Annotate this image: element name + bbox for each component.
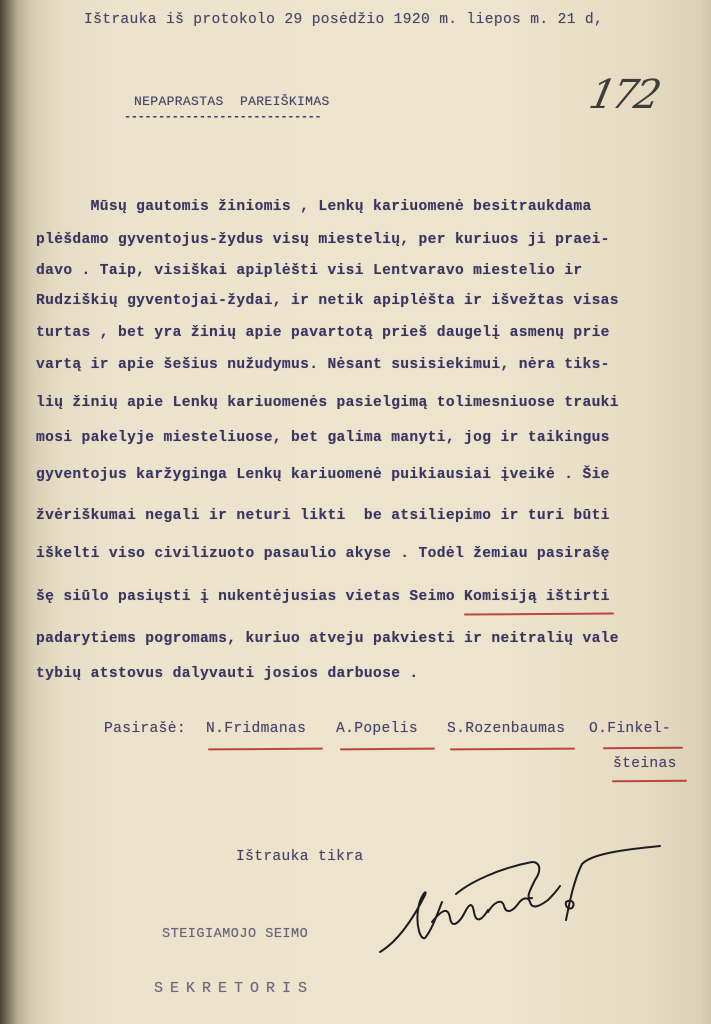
signatory-name: N.Fridmanas [206, 721, 306, 737]
red-underline [612, 780, 687, 783]
body-line: mosi pakelyje miesteliuose, bet galima m… [36, 430, 610, 446]
red-underline [450, 748, 575, 751]
title-underline: ----------------------------- [124, 110, 321, 124]
signed-label: Pasirašė: [104, 721, 186, 737]
office-line: STEIGIAMOJO SEIMO [162, 927, 308, 942]
signatory-name-continuation: šteinas [613, 756, 677, 772]
body-line: šę siūlo pasiųsti į nukentėjusias vietas… [36, 589, 610, 605]
red-underline [603, 747, 683, 750]
body-line: gyventojus karžyginga Lenkų kariuomenė p… [36, 467, 610, 483]
document-page: Ištrauka iš protokolo 29 posėdžio 1920 m… [0, 0, 711, 1024]
signatory-name: O.Finkel- [589, 721, 671, 737]
body-line: Rudziškių gyventojai-žydai, ir netik api… [36, 293, 619, 309]
body-line: turtas , bet yra žinių apie pavartotą pr… [36, 325, 610, 341]
certification-text: Ištrauka tikra [236, 849, 364, 865]
body-line: Mūsų gautomis žiniomis , Lenkų kariuomen… [36, 199, 592, 215]
role-line: SEKRETORIS [154, 980, 314, 997]
red-underline [340, 748, 435, 751]
header-line: Ištrauka iš protokolo 29 posėdžio 1920 m… [84, 12, 603, 28]
red-underline-seimo-komisija [464, 612, 614, 615]
body-line: vartą ir apie šešius nužudymus. Nėsant s… [36, 357, 610, 373]
body-line: padarytiems pogromams, kuriuo atveju pak… [36, 631, 619, 647]
body-line: tybių atstovus dalyvauti josios darbuose… [36, 666, 419, 682]
signatory-name: A.Popelis [336, 721, 418, 737]
signatory-name: S.Rozenbaumas [447, 721, 565, 737]
body-line: davo . Taip, visiškai apiplėšti visi Len… [36, 263, 582, 279]
body-line: žvėriškumai negali ir neturi likti be at… [36, 508, 610, 524]
red-underline [208, 748, 323, 751]
document-title: NEPAPRASTAS PAREIŠKIMAS [134, 94, 330, 109]
body-line: lių žinių apie Lenkų kariuomenės pasielg… [36, 395, 619, 411]
page-number: 172 [585, 72, 662, 118]
body-line: plėšdamo gyventojus-žydus visų miestelių… [36, 232, 610, 248]
handwritten-signature-icon [370, 840, 670, 970]
body-line: iškelti viso civilizuoto pasaulio akyse … [36, 546, 610, 562]
